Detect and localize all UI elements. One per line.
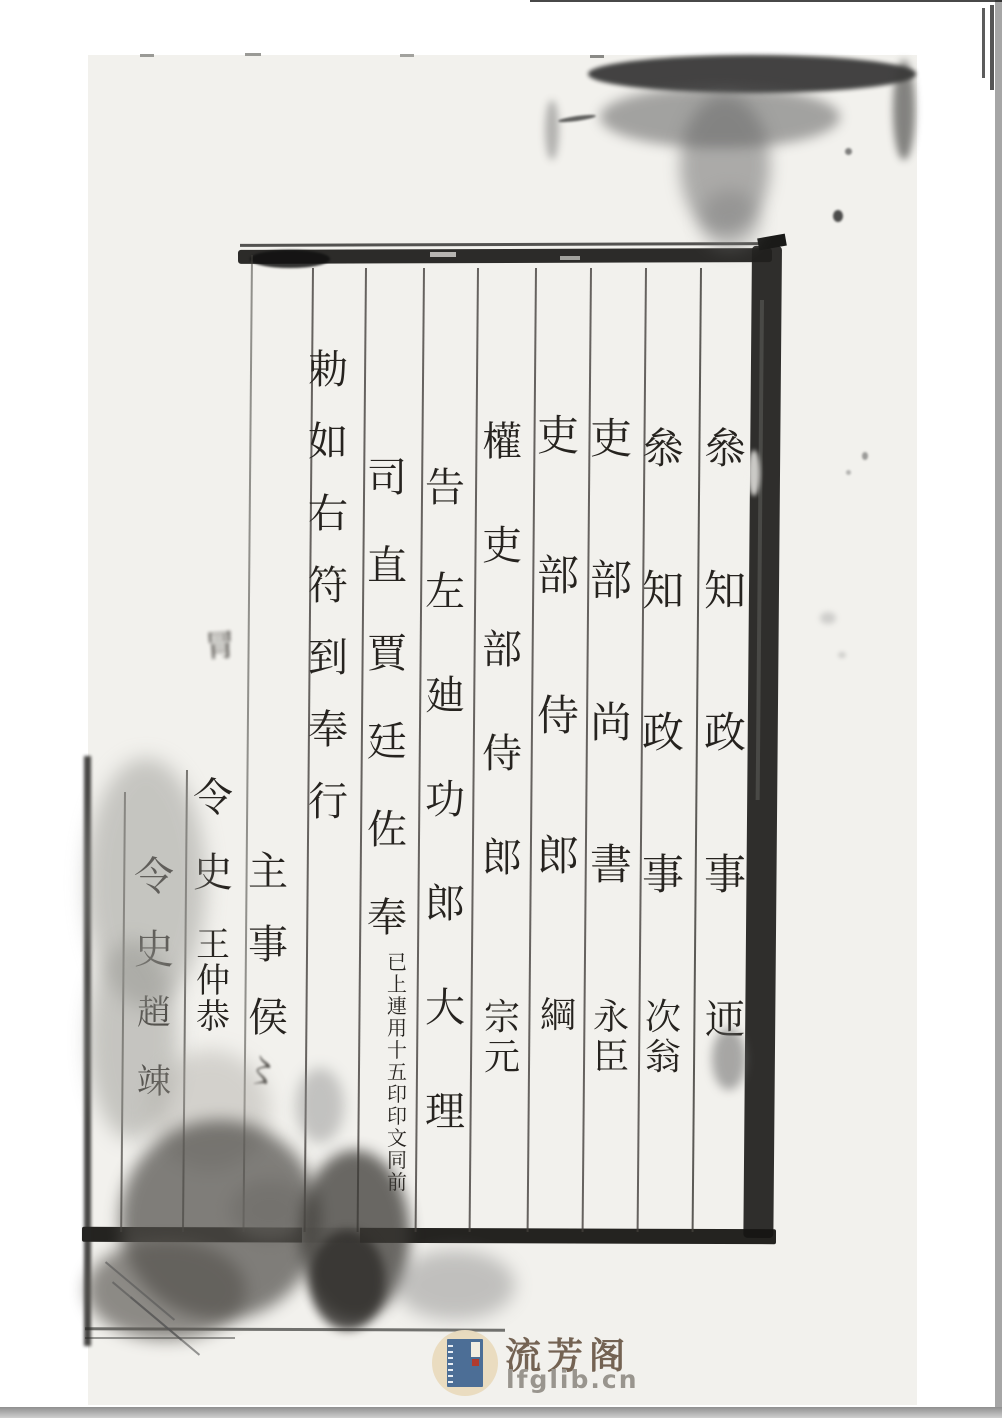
han-character: 王	[196, 928, 230, 962]
han-character: 令	[193, 778, 233, 818]
han-character: 冐	[204, 631, 236, 663]
han-character: 用	[387, 1018, 407, 1038]
han-character: 恭	[196, 1000, 230, 1034]
han-character: 直	[367, 546, 407, 586]
column-7-segment-2: 已上連用十五印印文同前	[387, 952, 407, 1192]
han-character: 叅	[642, 428, 684, 470]
watermark-circle	[432, 1330, 498, 1396]
ink-stain	[845, 148, 852, 155]
ink-stain	[712, 1028, 746, 1090]
top-border-nick	[430, 252, 456, 257]
ink-stain	[838, 652, 846, 658]
han-character: 權	[482, 422, 522, 462]
column-8-segment-1: 勅如右符到奉行	[308, 350, 348, 822]
column-6-segment-1: 告左廸功郎大理	[425, 468, 465, 1132]
han-character: 主	[248, 852, 288, 892]
ink-scribble	[250, 250, 330, 268]
book-icon	[447, 1339, 483, 1387]
han-character: 告	[425, 468, 465, 508]
han-character: 叅	[704, 428, 746, 470]
han-character: 五	[387, 1062, 407, 1082]
han-character: 同	[387, 1150, 407, 1170]
han-character: 奉	[367, 898, 407, 938]
han-character: 部	[590, 560, 632, 602]
column-3-segment-2: 永臣	[593, 1000, 629, 1076]
han-character: 行	[308, 782, 348, 822]
han-character: 仲	[196, 964, 230, 998]
han-character: 次	[645, 1000, 681, 1036]
han-character: 司	[367, 458, 407, 498]
scan-edge-top-dark	[530, 0, 1002, 2]
corner-mark	[990, 5, 994, 90]
han-character: 如	[308, 422, 348, 462]
han-character: 綱	[540, 998, 576, 1034]
top-border-nick	[560, 256, 580, 260]
han-character: 政	[704, 712, 746, 754]
han-character: 文	[387, 1128, 407, 1148]
scan-edge-strip-right	[995, 0, 1002, 1418]
han-character: 上	[387, 974, 407, 994]
column-5-segment-1: 權吏部侍郎	[482, 422, 522, 878]
han-character: 廷	[367, 722, 407, 762]
han-character: 書	[590, 844, 632, 886]
han-character: 吏	[537, 415, 579, 457]
han-character: 賈	[367, 634, 407, 674]
book-spine-stitching	[448, 1341, 453, 1385]
right-border-nick	[748, 450, 760, 496]
han-character: 到	[308, 638, 348, 678]
han-character: 翁	[645, 1040, 681, 1076]
ink-stain	[833, 210, 843, 222]
column-4-segment-1: 吏部侍郎	[537, 415, 579, 877]
han-character: 尚	[590, 702, 632, 744]
ink-stain	[310, 1230, 385, 1330]
han-character: 永	[593, 1000, 629, 1036]
ink-stain	[545, 100, 559, 160]
han-character: 政	[642, 712, 684, 754]
han-character: 佐	[367, 810, 407, 850]
han-character: 侍	[482, 734, 522, 774]
han-character: 臣	[593, 1040, 629, 1076]
watermark-domain: lfglib.cn	[506, 1365, 639, 1394]
scan-edge-strip-bottom	[0, 1407, 1002, 1418]
column-10-segment-2: 王仲恭	[196, 928, 230, 1034]
han-character: 事	[642, 854, 684, 896]
han-character: 理	[425, 1092, 465, 1132]
han-character: 印	[387, 1106, 407, 1126]
column-3-segment-1: 吏部尚書	[590, 418, 632, 886]
column-2-segment-2: 次翁	[645, 1000, 681, 1076]
han-character: 廸	[425, 676, 465, 716]
paper-edge-tick	[590, 55, 604, 58]
han-character: 郎	[425, 884, 465, 924]
column-9-segment-1: 主事侯	[248, 852, 288, 1038]
column-1-segment-1: 叅知政事	[704, 428, 746, 896]
ink-stain	[893, 60, 915, 160]
han-character: 事	[704, 854, 746, 896]
book-red-seal	[472, 1359, 479, 1366]
han-character: 宗	[484, 1000, 520, 1036]
column-4-segment-2: 綱	[540, 998, 576, 1034]
illegible-smudged-character-segment-1: 冐	[204, 631, 236, 663]
han-character: 郎	[482, 838, 522, 878]
corner-mark	[982, 8, 985, 78]
ink-stain	[395, 1250, 515, 1320]
han-character: 侍	[537, 695, 579, 737]
paper-edge-tick	[140, 54, 154, 57]
han-character: 已	[387, 952, 407, 972]
han-character: 連	[387, 996, 407, 1016]
han-character: 部	[537, 555, 579, 597]
ink-stain	[700, 190, 760, 250]
han-character: 印	[387, 1084, 407, 1104]
paper-edge-tick	[400, 54, 414, 57]
han-character: 事	[248, 925, 288, 965]
han-character: 部	[482, 630, 522, 670]
ink-stain	[230, 1180, 310, 1240]
han-character: 吏	[482, 526, 522, 566]
han-character: 郎	[537, 835, 579, 877]
ink-stain	[862, 452, 868, 460]
han-character: 右	[308, 494, 348, 534]
watermark-logo: 流芳阁 lfglib.cn	[432, 1328, 652, 1398]
han-character: 侯	[248, 998, 288, 1038]
han-character: 知	[642, 570, 684, 612]
scanned-document-image: 流芳阁 lfglib.cn 叅知政事迊叅知政事次翁吏部尚書永臣吏部侍郎綱權吏部侍…	[0, 0, 1002, 1418]
han-character: 十	[387, 1040, 407, 1060]
ink-stain	[296, 1068, 344, 1143]
column-2-segment-1: 叅知政事	[642, 428, 684, 896]
book-title-label	[471, 1342, 480, 1357]
han-character: 符	[308, 566, 348, 606]
paper-edge-tick	[245, 53, 261, 56]
han-character: 大	[425, 988, 465, 1028]
han-character: 奉	[308, 710, 348, 750]
han-character: 元	[484, 1040, 520, 1076]
han-character: 功	[425, 780, 465, 820]
han-character: 左	[425, 572, 465, 612]
han-character: 吏	[590, 418, 632, 460]
ink-stain	[820, 612, 836, 624]
han-character: 知	[704, 570, 746, 612]
ink-stain	[846, 470, 851, 475]
column-5-segment-2: 宗元	[484, 1000, 520, 1076]
han-character: 勅	[308, 350, 348, 390]
column-7-segment-1: 司直賈廷佐奉	[367, 458, 407, 938]
